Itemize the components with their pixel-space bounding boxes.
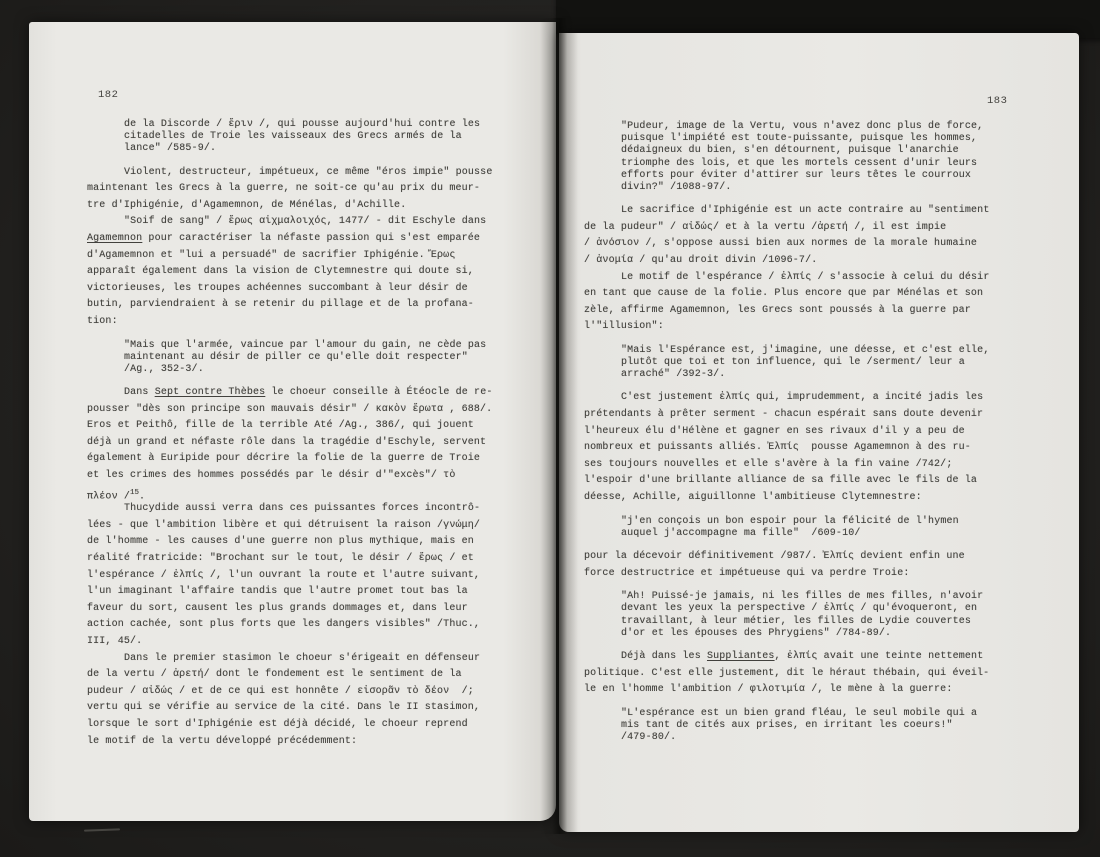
text-line: Thucydide aussi verra dans ces puissante…	[87, 501, 542, 518]
block-quote: "L'espérance est un bien grand fléau, le…	[621, 708, 1039, 745]
text-line: d'or et les épouses des Phrygiens" /784-…	[621, 628, 1039, 640]
page-left: 182 de la Discorde / ἔριν /, qui pousse …	[29, 22, 556, 821]
page-text: de la Discorde / ἔριν /, qui pousse aujo…	[87, 110, 542, 750]
text-line: / ἀνομία / qu'au droit divin /1096-7/.	[584, 253, 1039, 270]
text-line: /479-80/.	[621, 732, 1039, 744]
paragraph: pour la décevoir définitivement /987/. Ἐ…	[584, 549, 1039, 582]
paragraph: "Soif de sang" / ἔρως αἱχμαλοιχός, 1477/…	[87, 214, 542, 330]
text-line: déjà un grand et néfaste rôle dans la tr…	[87, 435, 542, 452]
paragraph: Violent, destructeur, impétueux, ce même…	[87, 165, 542, 215]
text-line: divin?" /1088-97/.	[621, 182, 1039, 194]
text-line: C'est justement ἐλπίς qui, imprudemment,…	[584, 390, 1039, 407]
text-line: l'un imaginant l'affaire tandis que l'au…	[87, 584, 542, 601]
text-line: auquel j'accompagne ma fille" /609-10/	[621, 528, 1039, 540]
paragraph: Le motif de l'espérance / ἐλπίς / s'asso…	[584, 270, 1039, 336]
text-line: triomphe des lois, et que les mortels ce…	[621, 158, 1039, 170]
block-quote: "j'en conçois un bon espoir pour la féli…	[621, 516, 1039, 540]
paragraph: Déjà dans les Suppliantes, ἐλπίς avait u…	[584, 649, 1039, 699]
text-line: Déjà dans les Suppliantes, ἐλπίς avait u…	[584, 649, 1039, 666]
text-line: faveur du sort, causent les plus grands …	[87, 601, 542, 618]
text-line: lées - que l'ambition libère et qui détr…	[87, 518, 542, 535]
text-line: puisque l'impiété est toute-puissante, p…	[621, 133, 1039, 145]
text-line: tion:	[87, 314, 542, 331]
text-line: arraché" /392-3/.	[621, 369, 1039, 381]
block-quote: "Mais l'Espérance est, j'imagine, une dé…	[621, 345, 1039, 382]
text-line: le en l'homme l'ambition / φιλοτιμία /, …	[584, 682, 1039, 699]
text-line: Dans le premier stasimon le choeur s'éri…	[87, 651, 542, 668]
page-number: 183	[987, 95, 1007, 107]
pencil-smudge	[84, 828, 120, 831]
text-line: III, 45/.	[87, 634, 542, 651]
text-line: action cachée, sont plus forts que les d…	[87, 617, 542, 634]
text-line: Violent, destructeur, impétueux, ce même…	[87, 165, 542, 182]
text-line: politique. C'est elle justement, dit le …	[584, 666, 1039, 683]
text-line: victorieuses, les troupes achéennes succ…	[87, 281, 542, 298]
block-quote: "Pudeur, image de la Vertu, vous n'avez …	[621, 121, 1039, 194]
text-line: nombreux et puissants alliés. Ἐλπίς pous…	[584, 440, 1039, 457]
text-line: butin, parviendraient à se retenir du pi…	[87, 297, 542, 314]
text-line: réalité fratricide: "Brochant sur le tou…	[87, 551, 542, 568]
text-line: Eros et Peithô, fille de la terrible Até…	[87, 418, 542, 435]
text-line: πλέον /15.	[87, 485, 542, 502]
text-line: mis tant de cités aux prises, en irritan…	[621, 720, 1039, 732]
text-line: ses toujours nouvelles et elle s'avère à…	[584, 457, 1039, 474]
text-line: "Ah! Puissé-je jamais, ni les filles de …	[621, 591, 1039, 603]
text-line: force destructrice et impétueuse qui va …	[584, 566, 1039, 583]
text-line: plutôt que toi et ton influence, qui le …	[621, 357, 1039, 369]
block-quote: de la Discorde / ἔριν /, qui pousse aujo…	[124, 119, 542, 156]
block-quote: "Ah! Puissé-je jamais, ni les filles de …	[621, 591, 1039, 640]
text-line: lance" /585-9/.	[124, 143, 542, 155]
text-line: l'espoir d'une brillante alliance de sa …	[584, 473, 1039, 490]
text-line: Agamemnon pour caractériser la néfaste p…	[87, 231, 542, 248]
text-line: d'Agamemnon et "lui a persuadé" de sacri…	[87, 248, 542, 265]
text-line: tre d'Iphigénie, d'Agamemnon, de Ménélas…	[87, 198, 542, 215]
text-line: également à Euripide pour décrire la fol…	[87, 451, 542, 468]
text-line: Le sacrifice d'Iphigénie est un acte con…	[584, 203, 1039, 220]
text-line: de la vertu / ἀρετή/ dont le fondement e…	[87, 667, 542, 684]
text-line: "j'en conçois un bon espoir pour la féli…	[621, 516, 1039, 528]
text-line: déesse, Achille, aiguillonne l'ambitieus…	[584, 490, 1039, 507]
text-line: pour la décevoir définitivement /987/. Ἐ…	[584, 549, 1039, 566]
text-line: l'heureux élu d'Hélène et gagner en ses …	[584, 424, 1039, 441]
text-line: /Ag., 352-3/.	[124, 364, 542, 376]
text-line: "Mais que l'armée, vaincue par l'amour d…	[124, 340, 542, 352]
block-quote: "Mais que l'armée, vaincue par l'amour d…	[124, 340, 542, 377]
text-line: Dans Sept contre Thèbes le choeur consei…	[87, 385, 542, 402]
text-line: vertu qui se vérifie au service de la ci…	[87, 700, 542, 717]
text-line: efforts pour éviter d'attirer sur leurs …	[621, 170, 1039, 182]
page-right: 183 "Pudeur, image de la Vertu, vous n'a…	[559, 33, 1079, 832]
text-line: de la Discorde / ἔριν /, qui pousse aujo…	[124, 119, 542, 131]
text-line: "Soif de sang" / ἔρως αἱχμαλοιχός, 1477/…	[87, 214, 542, 231]
text-line: de l'homme - les causes d'une guerre non…	[87, 534, 542, 551]
text-line: de la pudeur" / αἰδώς/ et à la vertu /ἀρ…	[584, 220, 1039, 237]
text-line: le motif de la vertu développé précédemm…	[87, 734, 542, 751]
text-line: / ἀνόσιον /, s'oppose aussi bien aux nor…	[584, 236, 1039, 253]
text-line: zèle, affirme Agamemnon, les Grecs sont …	[584, 303, 1039, 320]
text-line: dédaigneux du bien, s'en détournent, pui…	[621, 145, 1039, 157]
page-text: "Pudeur, image de la Vertu, vous n'avez …	[584, 112, 1039, 753]
text-line: pudeur / αἰδώς / et de ce qui est honnêt…	[87, 684, 542, 701]
text-line: l'espérance / ἐλπίς /, l'un ouvrant la r…	[87, 568, 542, 585]
text-line: "Mais l'Espérance est, j'imagine, une dé…	[621, 345, 1039, 357]
text-line: travaillant, à leur métier, les filles d…	[621, 616, 1039, 628]
paragraph: Le sacrifice d'Iphigénie est un acte con…	[584, 203, 1039, 269]
paragraph: C'est justement ἐλπίς qui, imprudemment,…	[584, 390, 1039, 506]
text-line: devant les yeux la perspective / ἐλπίς /…	[621, 603, 1039, 615]
paragraph: Dans le premier stasimon le choeur s'éri…	[87, 651, 542, 751]
text-line: prétendants à prêter serment - chacun es…	[584, 407, 1039, 424]
text-line: "L'espérance est un bien grand fléau, le…	[621, 708, 1039, 720]
paragraph: Thucydide aussi verra dans ces puissante…	[87, 501, 542, 650]
page-number: 182	[98, 89, 118, 101]
text-line: citadelles de Troie les vaisseaux des Gr…	[124, 131, 542, 143]
text-line: apparaît également dans la vision de Cly…	[87, 264, 542, 281]
paragraph: Dans Sept contre Thèbes le choeur consei…	[87, 385, 542, 501]
text-line: l'"illusion":	[584, 319, 1039, 336]
text-line: "Pudeur, image de la Vertu, vous n'avez …	[621, 121, 1039, 133]
text-line: maintenant au désir de piller ce qu'elle…	[124, 352, 542, 364]
text-line: Le motif de l'espérance / ἐλπίς / s'asso…	[584, 270, 1039, 287]
text-line: lorsque le sort d'Iphigénie est déjà déc…	[87, 717, 542, 734]
text-line: et les crimes des hommes possédés par le…	[87, 468, 542, 485]
text-line: maintenant les Grecs à la guerre, ne soi…	[87, 181, 542, 198]
text-line: pousser "dès son principe son mauvais dé…	[87, 402, 542, 419]
text-line: en tant que cause de la folie. Plus enco…	[584, 286, 1039, 303]
